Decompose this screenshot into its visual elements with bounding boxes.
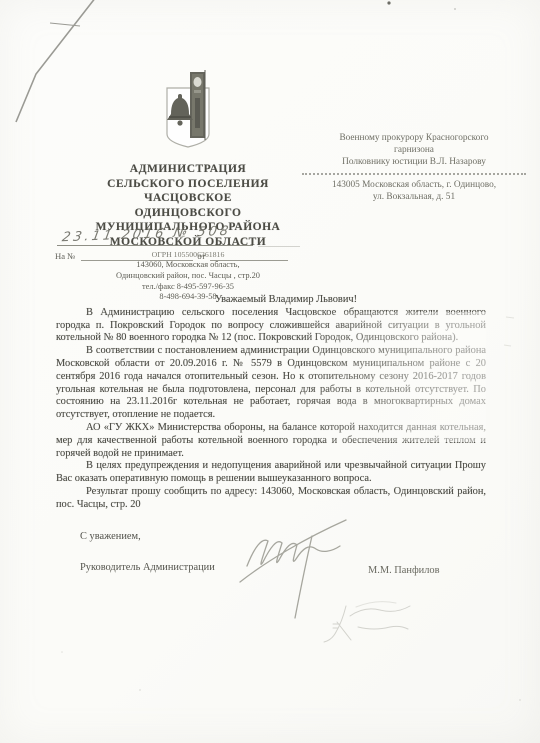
org-name-line: АДМИНИСТРАЦИЯ (38, 162, 338, 177)
ref-date-blank (210, 251, 288, 261)
coat-of-arms-emblem-icon (38, 70, 338, 160)
body-paragraph: В соответствии с постановлением админист… (56, 345, 486, 422)
org-address-line: Одинцовский район, пос. Часцы , стр.20 (38, 271, 338, 282)
letterhead-org-block: АДМИНИСТРАЦИЯ СЕЛЬСКОГО ПОСЕЛЕНИЯ ЧАСЦОВ… (38, 70, 338, 303)
body-paragraph: В Администрацию сельского поселения Часц… (56, 307, 486, 345)
closing-phrase: С уважением, (80, 531, 141, 542)
addressee-line: Полковнику юстиции В.Л. Назарову (296, 156, 532, 168)
addressee-address-line: 143005 Московская область, г. Одинцово, (296, 179, 532, 191)
ref-from-label: от (197, 251, 205, 261)
signer-position: Руководитель Администрации (80, 562, 215, 573)
reference-row: На №от (55, 251, 288, 261)
reg-line-rule (258, 246, 300, 247)
body-paragraph: АО «ГУ ЖКХ» Министерства обороны, на бал… (56, 422, 486, 460)
org-phone-line: тел./факс 8-495-597-96-35 (38, 282, 338, 293)
dotted-separator (302, 171, 526, 175)
body-paragraph: Результат прошу сообщить по адресу: 1430… (56, 486, 486, 512)
org-name-line: ЧАСЦОВСКОЕ (38, 191, 338, 206)
ref-label: На № (55, 251, 75, 261)
scanned-letter-page: АДМИНИСТРАЦИЯ СЕЛЬСКОГО ПОСЕЛЕНИЯ ЧАСЦОВ… (0, 0, 540, 743)
stamp-mark (324, 602, 410, 642)
addressee-address-line: ул. Вокзальная, д. 51 (296, 191, 532, 203)
body-paragraph: В целях предупреждения и недопущения ава… (56, 460, 486, 486)
scan-speck (387, 1, 390, 4)
org-address-line: 143060, Московская область, (38, 260, 338, 271)
reg-line-rule (57, 245, 253, 246)
scan-speck (454, 8, 456, 10)
org-name-line: СЕЛЬСКОГО ПОСЕЛЕНИЯ (38, 177, 338, 192)
letter-body: Уважаемый Владимир Львович! В Администра… (56, 294, 486, 512)
addressee-line: Военному прокурору Красногорского (296, 132, 532, 144)
addressee-block: Военному прокурору Красногорского гарниз… (296, 132, 532, 203)
signer-name: М.М. Панфилов (368, 565, 440, 576)
scan-speck (504, 317, 514, 346)
ref-number-blank (81, 251, 193, 261)
addressee-line: гарнизона (296, 144, 532, 156)
signature-stroke (240, 520, 346, 618)
salutation: Уважаемый Владимир Львович! (56, 294, 486, 307)
org-name-line: ОДИНЦОВСКОГО (38, 206, 338, 221)
